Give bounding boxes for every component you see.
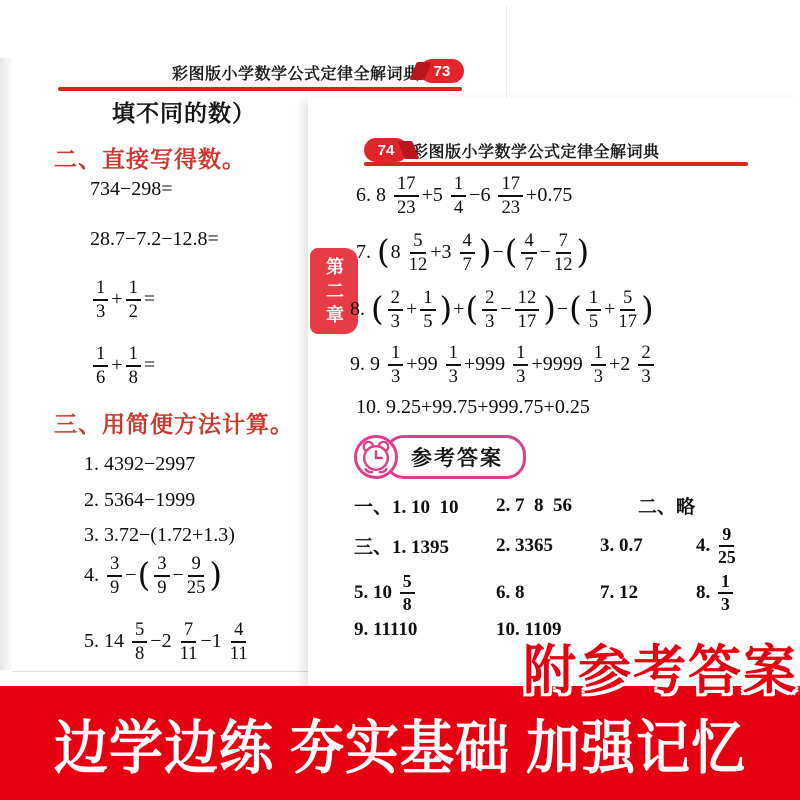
right-page: 第二章 74 彩图版小学数学公式定律全解词典 6. 8 1723+5 14−6 …: [308, 98, 800, 686]
math-text: 3. 0.7: [600, 535, 643, 557]
math-text: 9. 11110: [354, 619, 417, 641]
answers-title: 参考答案: [384, 435, 526, 479]
fraction: 16: [93, 344, 108, 387]
math-text: =: [144, 288, 155, 311]
math-text: +: [604, 298, 615, 321]
fraction: 23: [388, 288, 403, 331]
fraction: 39: [107, 554, 122, 597]
math-text: 2. 5364−1999: [84, 489, 195, 512]
parenthesis: ): [577, 238, 590, 267]
exercise-line: 1. 4392−2997: [84, 453, 195, 476]
math-text: −: [540, 241, 551, 264]
intro-line: 填不同的数）: [112, 95, 256, 128]
fraction: 517: [618, 288, 637, 331]
math-text: +: [111, 354, 122, 377]
math-text: +2: [609, 353, 635, 376]
fraction: 1723: [394, 174, 419, 217]
math-text: 4.: [696, 535, 715, 557]
math-text: 6. 8: [356, 184, 391, 207]
fraction: 12: [126, 278, 141, 321]
answer-cell: 三、1. 1395: [354, 532, 496, 559]
answer-row: 一、1. 10 102. 7 8 56二、略: [354, 492, 794, 519]
fraction: 711: [180, 620, 198, 663]
section-three-heading: 三、用简便方法计算。: [54, 406, 294, 439]
math-text: +99: [406, 353, 442, 376]
math-text: −2: [150, 630, 176, 653]
math-text: 8: [391, 241, 406, 264]
math-text: +5: [422, 184, 448, 207]
exercise-line: 7. (8 512+3 47)−(47−712): [356, 231, 590, 274]
answer-cell: 9. 11110: [354, 619, 496, 641]
fraction: 13: [388, 343, 403, 386]
math-text: 8.: [350, 298, 370, 321]
answers-grid: 一、1. 10 102. 7 8 56二、略三、1. 13952. 33653.…: [354, 492, 794, 641]
answer-row: 5. 10 586. 87. 128. 13: [354, 572, 794, 613]
fraction: 14: [451, 174, 466, 217]
fraction: 925: [718, 525, 736, 566]
fraction: 13: [591, 343, 606, 386]
answer-cell: 5. 10 58: [354, 572, 496, 613]
fraction: 18: [126, 344, 141, 387]
answer-row: 三、1. 13952. 33653. 0.74. 925: [354, 525, 794, 566]
fraction: 13: [513, 343, 528, 386]
exercise-line: 2. 5364−1999: [84, 489, 195, 512]
math-text: +: [406, 298, 417, 321]
fraction: 15: [420, 288, 435, 331]
math-text: 9. 9: [350, 353, 385, 376]
fraction: 15: [586, 288, 601, 331]
math-text: 二、略: [638, 492, 695, 519]
math-text: −1: [200, 630, 226, 653]
parenthesis: ): [209, 561, 222, 590]
math-text: 10. 9.25+99.75+999.75+0.25: [356, 396, 590, 419]
right-page-number-badge: 74: [364, 138, 408, 162]
answers-section: 参考答案 一、1. 10 102. 7 8 56二、略三、1. 13952. 3…: [354, 434, 794, 641]
parenthesis: ): [479, 238, 492, 267]
math-text: 2. 3365: [496, 535, 553, 557]
exercise-line: 5. 14 58−2 711−1 411: [84, 620, 251, 663]
math-text: +9999: [531, 353, 587, 376]
fraction: 411: [230, 620, 248, 663]
math-text: −: [500, 298, 511, 321]
fraction: 23: [482, 288, 497, 331]
math-text: 3. 3.72−(1.72+1.3): [84, 524, 235, 547]
parenthesis: (: [505, 238, 518, 267]
fraction: 23: [638, 343, 653, 386]
math-text: +3: [430, 241, 456, 264]
fraction: 47: [521, 231, 536, 274]
answer-cell: 2. 3365: [496, 535, 600, 557]
math-text: 1. 4392−2997: [84, 453, 195, 476]
math-text: +999: [464, 353, 510, 376]
fraction: 512: [409, 231, 428, 274]
right-page-header-title: 彩图版小学数学公式定律全解词典: [412, 139, 660, 162]
math-text: 28.7−7.2−12.8=: [90, 228, 219, 251]
exercise-line: 734−298=: [90, 178, 173, 201]
math-text: 2. 7 8 56: [496, 495, 572, 517]
section-two-heading: 二、直接写得数。: [54, 141, 246, 174]
answers-note-overlay: 附参考答案: [523, 628, 798, 704]
answer-cell: 4. 925: [696, 525, 739, 566]
math-text: 三、1. 1395: [354, 532, 449, 559]
left-header-rule: [58, 87, 462, 91]
fraction: 39: [154, 554, 169, 597]
math-text: 5. 14: [84, 630, 129, 653]
math-text: 一、1. 10 10: [354, 492, 459, 519]
exercise-line: 9. 9 13+99 13+999 13+9999 13+2 23: [350, 343, 657, 386]
exercise-line: 10. 9.25+99.75+999.75+0.25: [356, 396, 590, 419]
math-text: −6: [469, 184, 495, 207]
math-text: =: [144, 354, 155, 377]
answer-cell: 2. 7 8 56: [496, 495, 638, 517]
right-header-rule: [364, 162, 748, 166]
fraction: 1217: [515, 288, 540, 331]
exercise-line: 13+12=: [90, 278, 155, 321]
fraction: 712: [554, 231, 573, 274]
exercise-line: 6. 8 1723+5 14−6 1723+0.75: [356, 174, 572, 217]
parenthesis: (: [377, 238, 390, 267]
parenthesis: ): [543, 295, 556, 324]
parenthesis: (: [465, 295, 478, 324]
parenthesis: (: [371, 295, 384, 324]
fraction: 13: [446, 343, 461, 386]
answer-cell: 6. 8: [496, 582, 600, 604]
left-page-header-title: 彩图版小学数学公式定律全解词典: [172, 61, 420, 84]
answer-cell: 3. 0.7: [600, 535, 696, 557]
math-text: −: [173, 564, 184, 587]
math-text: −: [557, 298, 568, 321]
fraction: 1723: [498, 174, 523, 217]
answers-header: 参考答案: [354, 434, 794, 480]
exercise-line: 4. 39−(39−925): [84, 554, 223, 597]
math-text: 7.: [356, 241, 376, 264]
math-text: −: [492, 241, 503, 264]
math-text: 4.: [84, 564, 104, 587]
math-text: −: [125, 564, 136, 587]
parenthesis: ): [440, 295, 453, 324]
exercise-line: 8. (23+15)+(23−1217)−(15+517): [350, 288, 655, 331]
math-text: +: [453, 298, 464, 321]
banner-slogan: 边学边练 夯实基础 加强记忆: [54, 701, 746, 784]
fraction: 58: [132, 620, 147, 663]
answer-cell: 7. 12: [600, 582, 696, 604]
fraction: 58: [400, 572, 415, 613]
math-text: 6. 8: [496, 582, 525, 604]
exercise-line: 3. 3.72−(1.72+1.3): [84, 524, 235, 547]
book-spread-image: 彩图版小学数学公式定律全解词典 73 填不同的数） 二、直接写得数。 734−2…: [0, 0, 800, 800]
answer-cell: 8. 13: [696, 572, 736, 613]
parenthesis: (: [138, 561, 151, 590]
math-text: 734−298=: [90, 178, 173, 201]
math-text: +0.75: [526, 184, 572, 207]
left-page-number-badge: 73: [420, 59, 464, 83]
answer-cell: 二、略: [638, 492, 695, 519]
fraction: 925: [187, 554, 206, 597]
math-text: +: [111, 288, 122, 311]
math-text: 5. 10: [354, 582, 397, 604]
fraction: 13: [93, 278, 108, 321]
fraction: 13: [718, 572, 733, 613]
exercise-line: 28.7−7.2−12.8=: [90, 228, 219, 251]
parenthesis: (: [569, 295, 582, 324]
alarm-clock-icon: [354, 435, 398, 479]
fraction: 47: [460, 231, 475, 274]
math-text: 8.: [696, 582, 715, 604]
exercise-line: 16+18=: [90, 344, 155, 387]
math-text: 7. 12: [600, 582, 638, 604]
parenthesis: ): [641, 295, 654, 324]
answer-cell: 一、1. 10 10: [354, 492, 496, 519]
